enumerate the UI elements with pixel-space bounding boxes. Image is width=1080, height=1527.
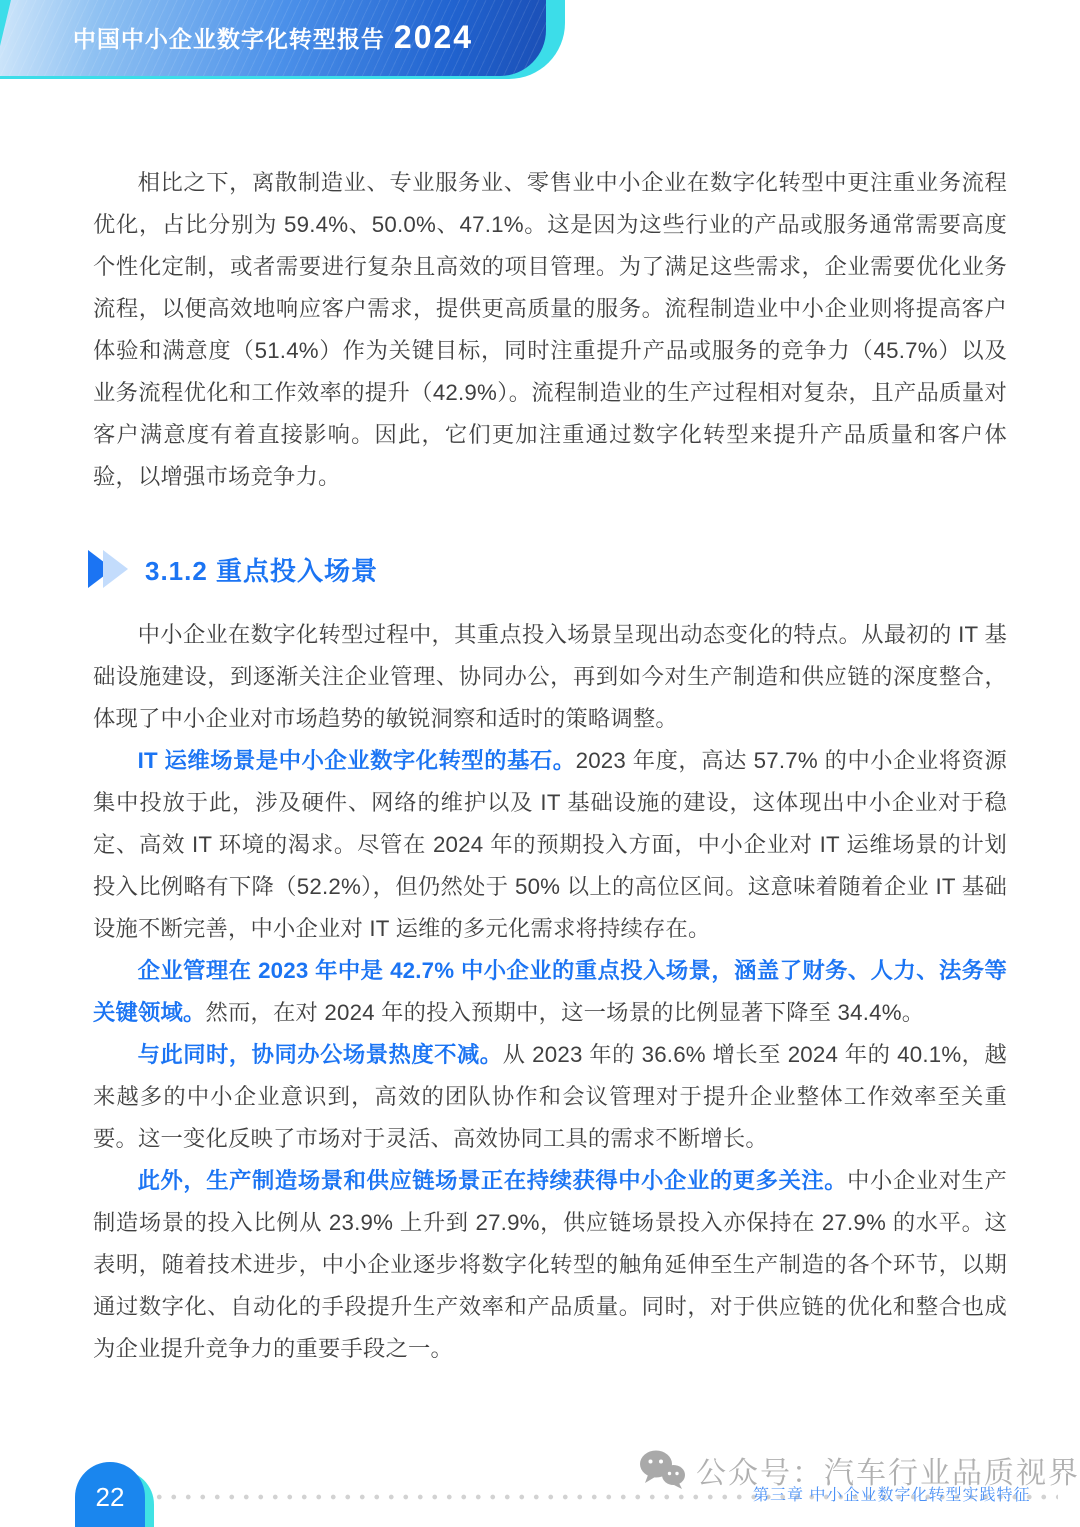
highlight-manufacturing-lead: 此外，生产制造场景和供应链场景正在持续获得中小企业的更多关注。 [138, 1168, 848, 1193]
paragraph-enterprise-management-text: 然而，在对 2024 年的投入预期中，这一场景的比例显著下降至 34.4%。 [206, 1000, 925, 1025]
page-content: 相比之下，离散制造业、专业服务业、零售业中小企业在数字化转型中更注重业务流程优化… [93, 162, 1007, 1370]
report-header-banner: 中国中小企业数字化转型报告 2024 [0, 0, 546, 76]
report-title: 中国中小企业数字化转型报告 2024 [73, 19, 473, 58]
paragraph-manufacturing-supply-chain: 此外，生产制造场景和供应链场景正在持续获得中小企业的更多关注。中小企业对生产制造… [93, 1160, 1007, 1370]
highlight-collaboration-lead: 与此同时，协同办公场景热度不减。 [138, 1042, 503, 1067]
highlight-it-ops-lead: IT 运维场景是中小企业数字化转型的基石。 [138, 748, 576, 773]
paragraph-it-ops: IT 运维场景是中小企业数字化转型的基石。2023 年度，高达 57.7% 的中… [93, 740, 1007, 950]
section-heading-row: 3.1.2 重点投入场景 [88, 550, 1007, 588]
page-number-badge: 22 [75, 1462, 145, 1527]
report-page: 中国中小企业数字化转型报告 2024 相比之下，离散制造业、专业服务业、零售业中… [0, 0, 1080, 1527]
paragraph-collaboration: 与此同时，协同办公场景热度不减。从 2023 年的 36.6% 增长至 2024… [93, 1034, 1007, 1160]
paragraph-enterprise-management: 企业管理在 2023 年中是 42.7% 中小企业的重点投入场景，涵盖了财务、人… [93, 950, 1007, 1034]
report-title-year: 2024 [394, 19, 473, 56]
chapter-footer-label: 第三章 中小企业数字化转型实践特征 [753, 1482, 1030, 1505]
paragraph-investment-overview: 中小企业在数字化转型过程中，其重点投入场景呈现出动态变化的特点。从最初的 IT … [93, 614, 1007, 740]
paragraph-industry-comparison: 相比之下，离散制造业、专业服务业、零售业中小企业在数字化转型中更注重业务流程优化… [93, 162, 1007, 498]
paragraph-it-ops-text: 2023 年度，高达 57.7% 的中小企业将资源集中投放于此，涉及硬件、网络的… [93, 748, 1007, 941]
paragraph-manufacturing-text: 中小企业对生产制造场景的投入比例从 23.9% 上升到 27.9%，供应链场景投… [93, 1168, 1007, 1361]
wechat-icon [638, 1448, 686, 1492]
arrow-right-light-icon [103, 550, 128, 588]
section-heading-title: 3.1.2 重点投入场景 [145, 551, 378, 588]
page-number: 22 [96, 1482, 125, 1513]
report-title-text: 中国中小企业数字化转型报告 [73, 21, 385, 54]
